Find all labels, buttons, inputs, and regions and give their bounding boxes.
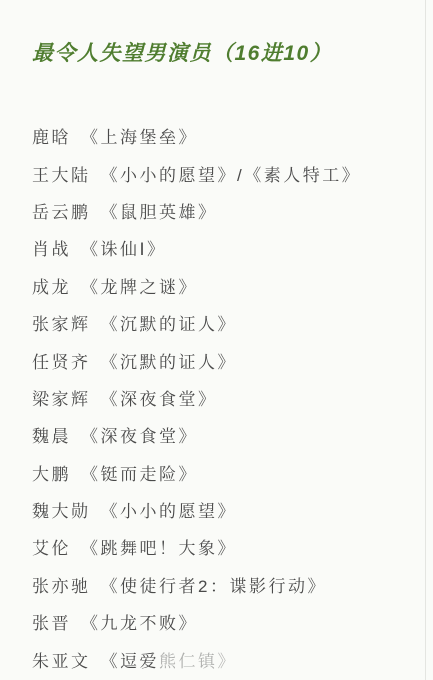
- work-title: 《九龙不败》: [81, 609, 198, 634]
- watermark-faded-text: 熊仁镇》: [159, 652, 237, 671]
- actor-name: 张家辉: [32, 310, 91, 335]
- list-item: 魏晨 《深夜食堂》: [32, 416, 419, 453]
- list-item: 梁家辉 《深夜食堂》: [32, 379, 419, 416]
- work-title: 《使徒行者2：谍影行动》: [101, 572, 327, 597]
- actor-name: 魏大勋: [32, 497, 91, 522]
- work-title: 《沉默的证人》: [101, 310, 238, 335]
- work-title: 《跳舞吧！大象》: [81, 534, 237, 559]
- actor-name: 张晋: [32, 609, 71, 634]
- list-item: 任贤齐 《沉默的证人》: [32, 341, 419, 378]
- list-item: 张晋 《九龙不败》: [32, 603, 419, 640]
- page-title: 最令人失望男演员（16进10）: [32, 41, 332, 67]
- work-title: 《上海堡垒》: [81, 123, 198, 148]
- actor-list: 鹿晗 《上海堡垒》 王大陆 《小小的愿望》/《素人特工》 岳云鹏 《鼠胆英雄》 …: [32, 117, 419, 678]
- list-item: 魏大勋 《小小的愿望》: [32, 491, 419, 528]
- work-title: 《沉默的证人》: [101, 348, 238, 373]
- work-title: 《龙牌之谜》: [81, 273, 198, 298]
- work-title: 《深夜食堂》: [81, 422, 198, 447]
- actor-name: 成龙: [32, 273, 71, 298]
- actor-name: 梁家辉: [32, 385, 91, 410]
- actor-name: 岳云鹏: [32, 198, 91, 223]
- actor-name: 大鹏: [32, 460, 71, 485]
- list-item: 成龙 《龙牌之谜》: [32, 267, 419, 304]
- list-item: 王大陆 《小小的愿望》/《素人特工》: [32, 154, 419, 191]
- list-item: 肖战 《诛仙Ⅰ》: [32, 229, 419, 266]
- work-title: 《诛仙Ⅰ》: [81, 235, 167, 260]
- list-item: 艾伦 《跳舞吧！大象》: [32, 528, 419, 565]
- work-title: 《逗爱熊仁镇》: [101, 647, 238, 672]
- list-item: 岳云鹏 《鼠胆英雄》: [32, 192, 419, 229]
- actor-name: 肖战: [32, 235, 71, 260]
- actor-name: 艾伦: [32, 534, 71, 559]
- actor-name: 任贤齐: [32, 348, 91, 373]
- list-item: 朱亚文 《逗爱熊仁镇》: [32, 640, 419, 677]
- work-title: 《小小的愿望》/《素人特工》: [101, 161, 362, 186]
- list-item: 张家辉 《沉默的证人》: [32, 304, 419, 341]
- list-item: 张亦驰 《使徒行者2：谍影行动》: [32, 566, 419, 603]
- list-item: 大鹏 《铤而走险》: [32, 454, 419, 491]
- actor-name: 鹿晗: [32, 123, 71, 148]
- actor-name: 张亦驰: [32, 572, 91, 597]
- actor-name: 魏晨: [32, 422, 71, 447]
- actor-name: 朱亚文: [32, 647, 91, 672]
- list-item: 鹿晗 《上海堡垒》: [32, 117, 419, 154]
- work-title: 《鼠胆英雄》: [101, 198, 218, 223]
- actor-name: 王大陆: [32, 161, 91, 186]
- work-title: 《铤而走险》: [81, 460, 198, 485]
- work-title: 《小小的愿望》: [101, 497, 238, 522]
- right-edge-line: [425, 0, 426, 680]
- work-title: 《深夜食堂》: [101, 385, 218, 410]
